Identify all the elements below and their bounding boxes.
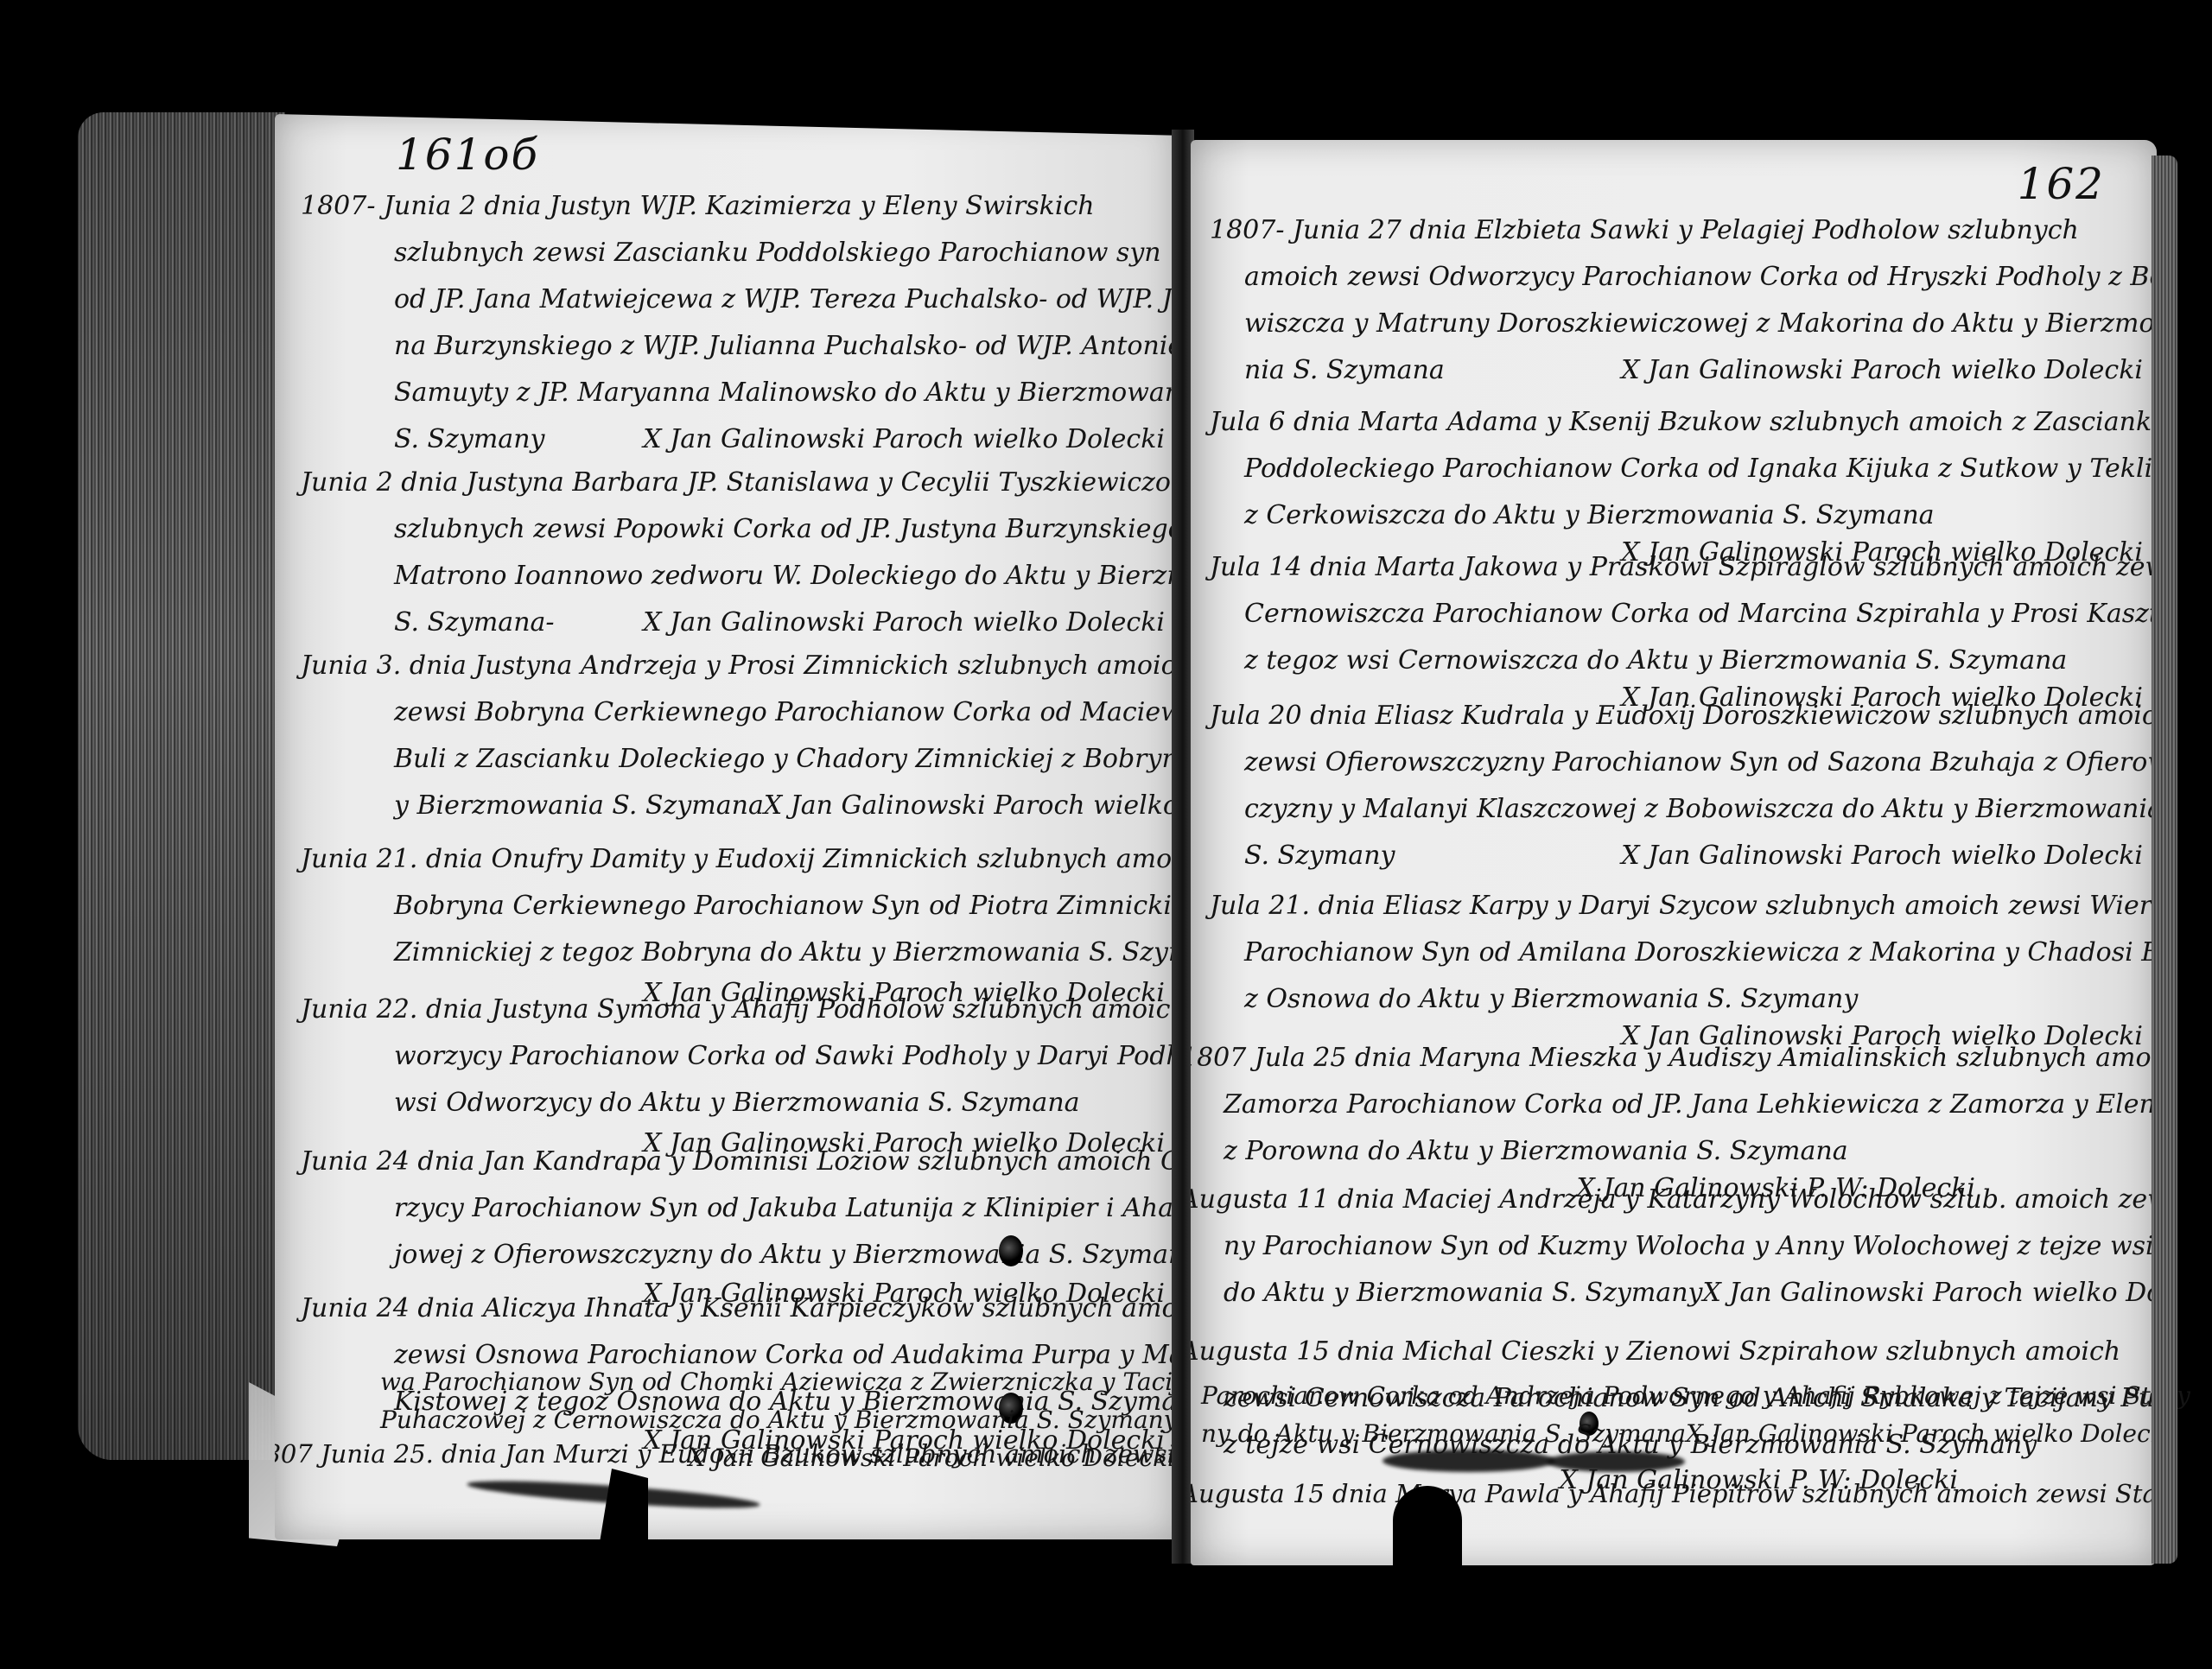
register-entry-continued: Parochianow Corka od Andrzeja Podwornego… [1201, 1377, 2143, 1453]
entry-line: Samuyty z JP. Maryanna Malinowsko do Akt… [301, 370, 1165, 416]
register-entry: Augusta 11 dnia Maciej Andrzeja y Katarz… [1191, 1177, 2113, 1317]
entry-line: ny Parochianow Syn od Kuzmy Wolocha y An… [1191, 1223, 2113, 1270]
entry-line: Junia 24 dnia Jan Kandrapa y Dominisi Lo… [301, 1139, 1165, 1185]
entry-line: wiszcza y Matruny Doroszkiewiczowej z Ma… [1210, 301, 2143, 347]
entry-line: z tegoz wsi Cernowiszcza do Aktu y Bierz… [1210, 638, 2143, 684]
entry-line: Junia 2 dnia Justyna Barbara JP. Stanisl… [301, 460, 1165, 506]
entry-line: jowej z Ofierowszczyzny do Aktu y Bierzm… [301, 1232, 1165, 1279]
entry-line: Jula 14 dnia Marta Jakowa y Praskowi Szp… [1210, 544, 2143, 591]
entry-line: rzycy Parochianow Syn od Jakuba Latunija… [301, 1185, 1165, 1232]
entry-line: czyzny y Malanyi Klaszczowej z Bobowiszc… [1210, 786, 2143, 833]
priest-signature: X Jan Galinowski Paroch wielko Dolecki [643, 600, 1165, 646]
entry-line: y Bierzmowania S. Szymana [394, 783, 764, 829]
entry-line: z Porowna do Aktu y Bierzmowania S. Szym… [1191, 1128, 2113, 1175]
entry-line: Jula 21. dnia Eliasz Karpy y Daryi Szyco… [1210, 883, 2143, 930]
left-page: 161об 1807- Junia 2 dnia Justyn WJP. Kaz… [275, 114, 1175, 1539]
register-entry: Junia 24 dnia Jan Kandrapa y Dominisi Lo… [301, 1139, 1165, 1310]
priest-signature: X Jan Galinowski Paroch wielko Dolecki [764, 783, 1175, 829]
entry-line: Puhaczowej z Cernowiszcza do Aktu y Bier… [380, 1401, 1175, 1439]
register-entry: Jula 14 dnia Marta Jakowa y Praskowi Szp… [1210, 544, 2143, 712]
priest-signature: X Jan Galinowski Paroch wielko Dolecki [380, 1439, 1175, 1477]
register-entry-continued: wa Parochianow Syn od Chomki Aziewicza z… [380, 1363, 1175, 1477]
right-page: 162 1807- Junia 27 dnia Elzbieta Sawki y… [1191, 140, 2157, 1565]
entry-line: 1807- Junia 2 dnia Justyn WJP. Kazimierz… [301, 183, 1165, 230]
entry-line: Augusta 15 dnia Marya Pawla y Ahafij Pie… [1191, 1470, 2113, 1517]
entry-line: Junia 3. dnia Justyna Andrzeja y Prosi Z… [301, 643, 1165, 689]
entry-closing: S. Szymany [1244, 833, 1395, 879]
register-entry: 1807- Junia 27 dnia Elzbieta Sawki y Pel… [1210, 207, 2143, 394]
entry-line: worzycy Parochianow Corka od Sawki Podho… [301, 1033, 1165, 1080]
register-entry: Junia 21. dnia Onufry Damity y Eudoxij Z… [301, 836, 1165, 1011]
entry-line: z Cerkowiszcza do Aktu y Bierzmowania S.… [1210, 492, 2143, 539]
binding-hole [999, 1235, 1023, 1266]
ink-smudge [1547, 1451, 1685, 1472]
entry-line: Parochianow Syn od Amilana Doroszkiewicz… [1210, 930, 2143, 976]
entry-line: zewsi Ofierowszczyzny Parochianow Syn od… [1210, 739, 2143, 786]
ink-smudge [1382, 1450, 1555, 1472]
priest-signature: X Jan Galinowski Paroch wielko Dolecki [1686, 1415, 2172, 1453]
entry-line: Cernowiszcza Parochianow Corka od Marcin… [1210, 591, 2143, 638]
entry-line: Augusta 15 dnia Michal Cieszki y Zienowi… [1191, 1329, 2113, 1375]
register-entry: Augusta 15 dnia Marya Pawla y Ahafij Pie… [1191, 1470, 2113, 1517]
register-entry: Junia 3. dnia Justyna Andrzeja y Prosi Z… [301, 643, 1165, 829]
entry-line: wsi Odworzycy do Aktu y Bierzmowania S. … [301, 1080, 1165, 1126]
entry-closing: S. Szymana- [394, 600, 555, 646]
register-entry: Junia 2 dnia Justyna Barbara JP. Stanisl… [301, 460, 1165, 646]
priest-signature: X Jan Galinowski Paroch wielko Dolecki [643, 416, 1165, 463]
register-entry: 1807- Junia 2 dnia Justyn WJP. Kazimierz… [301, 183, 1165, 463]
entry-line: Poddoleckiego Parochianow Corka od Ignak… [1210, 446, 2143, 492]
priest-signature: X Jan Galinowski Paroch wielko Dolecki [1621, 833, 2143, 879]
right-page-number: 162 [2018, 159, 2105, 209]
entry-line: amoich zewsi Odworzycy Parochianow Corka… [1210, 254, 2143, 301]
priest-signature: X Jan Galinowski Paroch wielko Dolecki- [1702, 1270, 2157, 1317]
entry-closing: S. Szymany [394, 416, 544, 463]
entry-line: Junia 21. dnia Onufry Damity y Eudoxij Z… [301, 836, 1165, 883]
priest-signature: X Jan Galinowski Paroch wielko Dolecki [1621, 347, 2143, 394]
entry-line: Junia 24 dnia Aliczya Ihnata y Ksenii Ka… [301, 1285, 1165, 1332]
entry-line: do Aktu y Bierzmowania S. Szymany [1224, 1270, 1702, 1317]
entry-line: szlubnych zewsi Popowki Corka od JP. Jus… [301, 506, 1165, 553]
right-page-edges [2152, 155, 2177, 1564]
register-entry: Jula 6 dnia Marta Adama y Ksenij Bzukow … [1210, 399, 2143, 567]
entry-line: Junia 22. dnia Justyna Symona y Ahafij P… [301, 987, 1165, 1033]
entry-line: szlubnych zewsi Zascianku Poddolskiego P… [301, 230, 1165, 276]
entry-line: 1807- Junia 27 dnia Elzbieta Sawki y Pel… [1210, 207, 2143, 254]
entry-line: Zamorza Parochianow Corka od JP. Jana Le… [1191, 1082, 2113, 1128]
left-page-number: 161об [396, 130, 539, 180]
register-entry: Jula 20 dnia Eliasz Kudrala y Eudoxij Do… [1210, 693, 2143, 879]
page-clip [1393, 1486, 1462, 1572]
page-block-edges [78, 112, 285, 1460]
register-entry: Junia 22. dnia Justyna Symona y Ahafij P… [301, 987, 1165, 1161]
entry-line: Jula 20 dnia Eliasz Kudrala y Eudoxij Do… [1210, 693, 2143, 739]
entry-line: Zimnickiej z tegoz Bobryna do Aktu y Bie… [301, 930, 1165, 976]
entry-line: Matrono Ioannowo zedworu W. Doleckiego d… [301, 553, 1165, 600]
entry-line: Parochianow Corka od Andrzeja Podwornego… [1201, 1377, 2143, 1415]
entry-line: nia S. Szymana [1244, 347, 1445, 394]
entry-line: na Burzynskiego z WJP. Julianna Puchalsk… [301, 323, 1165, 370]
entry-line: z Osnowa do Aktu y Bierzmowania S. Szyma… [1210, 976, 2143, 1023]
entry-line: wa Parochianow Syn od Chomki Aziewicza z… [380, 1363, 1175, 1401]
entry-line: Buli z Zascianku Doleckiego y Chadory Zi… [301, 736, 1165, 783]
entry-line: ny do Aktu y Bierzmowania S. Szymana [1201, 1415, 1686, 1453]
entry-line: Augusta 11 dnia Maciej Andrzeja y Katarz… [1191, 1177, 2113, 1223]
book-scan: 161об 1807- Junia 2 dnia Justyn WJP. Kaz… [0, 0, 2212, 1669]
entry-line: zewsi Bobryna Cerkiewnego Parochianow Co… [301, 689, 1165, 736]
entry-line: od JP. Jana Matwiejcewa z WJP. Tereza Pu… [301, 276, 1165, 323]
entry-line: Jula 6 dnia Marta Adama y Ksenij Bzukow … [1210, 399, 2143, 446]
entry-line: 1807 Jula 25 dnia Maryna Mieszka y Audis… [1191, 1035, 2113, 1082]
register-entry: Jula 21. dnia Eliasz Karpy y Daryi Szyco… [1210, 883, 2143, 1050]
entry-line: Bobryna Cerkiewnego Parochianow Syn od P… [301, 883, 1165, 930]
